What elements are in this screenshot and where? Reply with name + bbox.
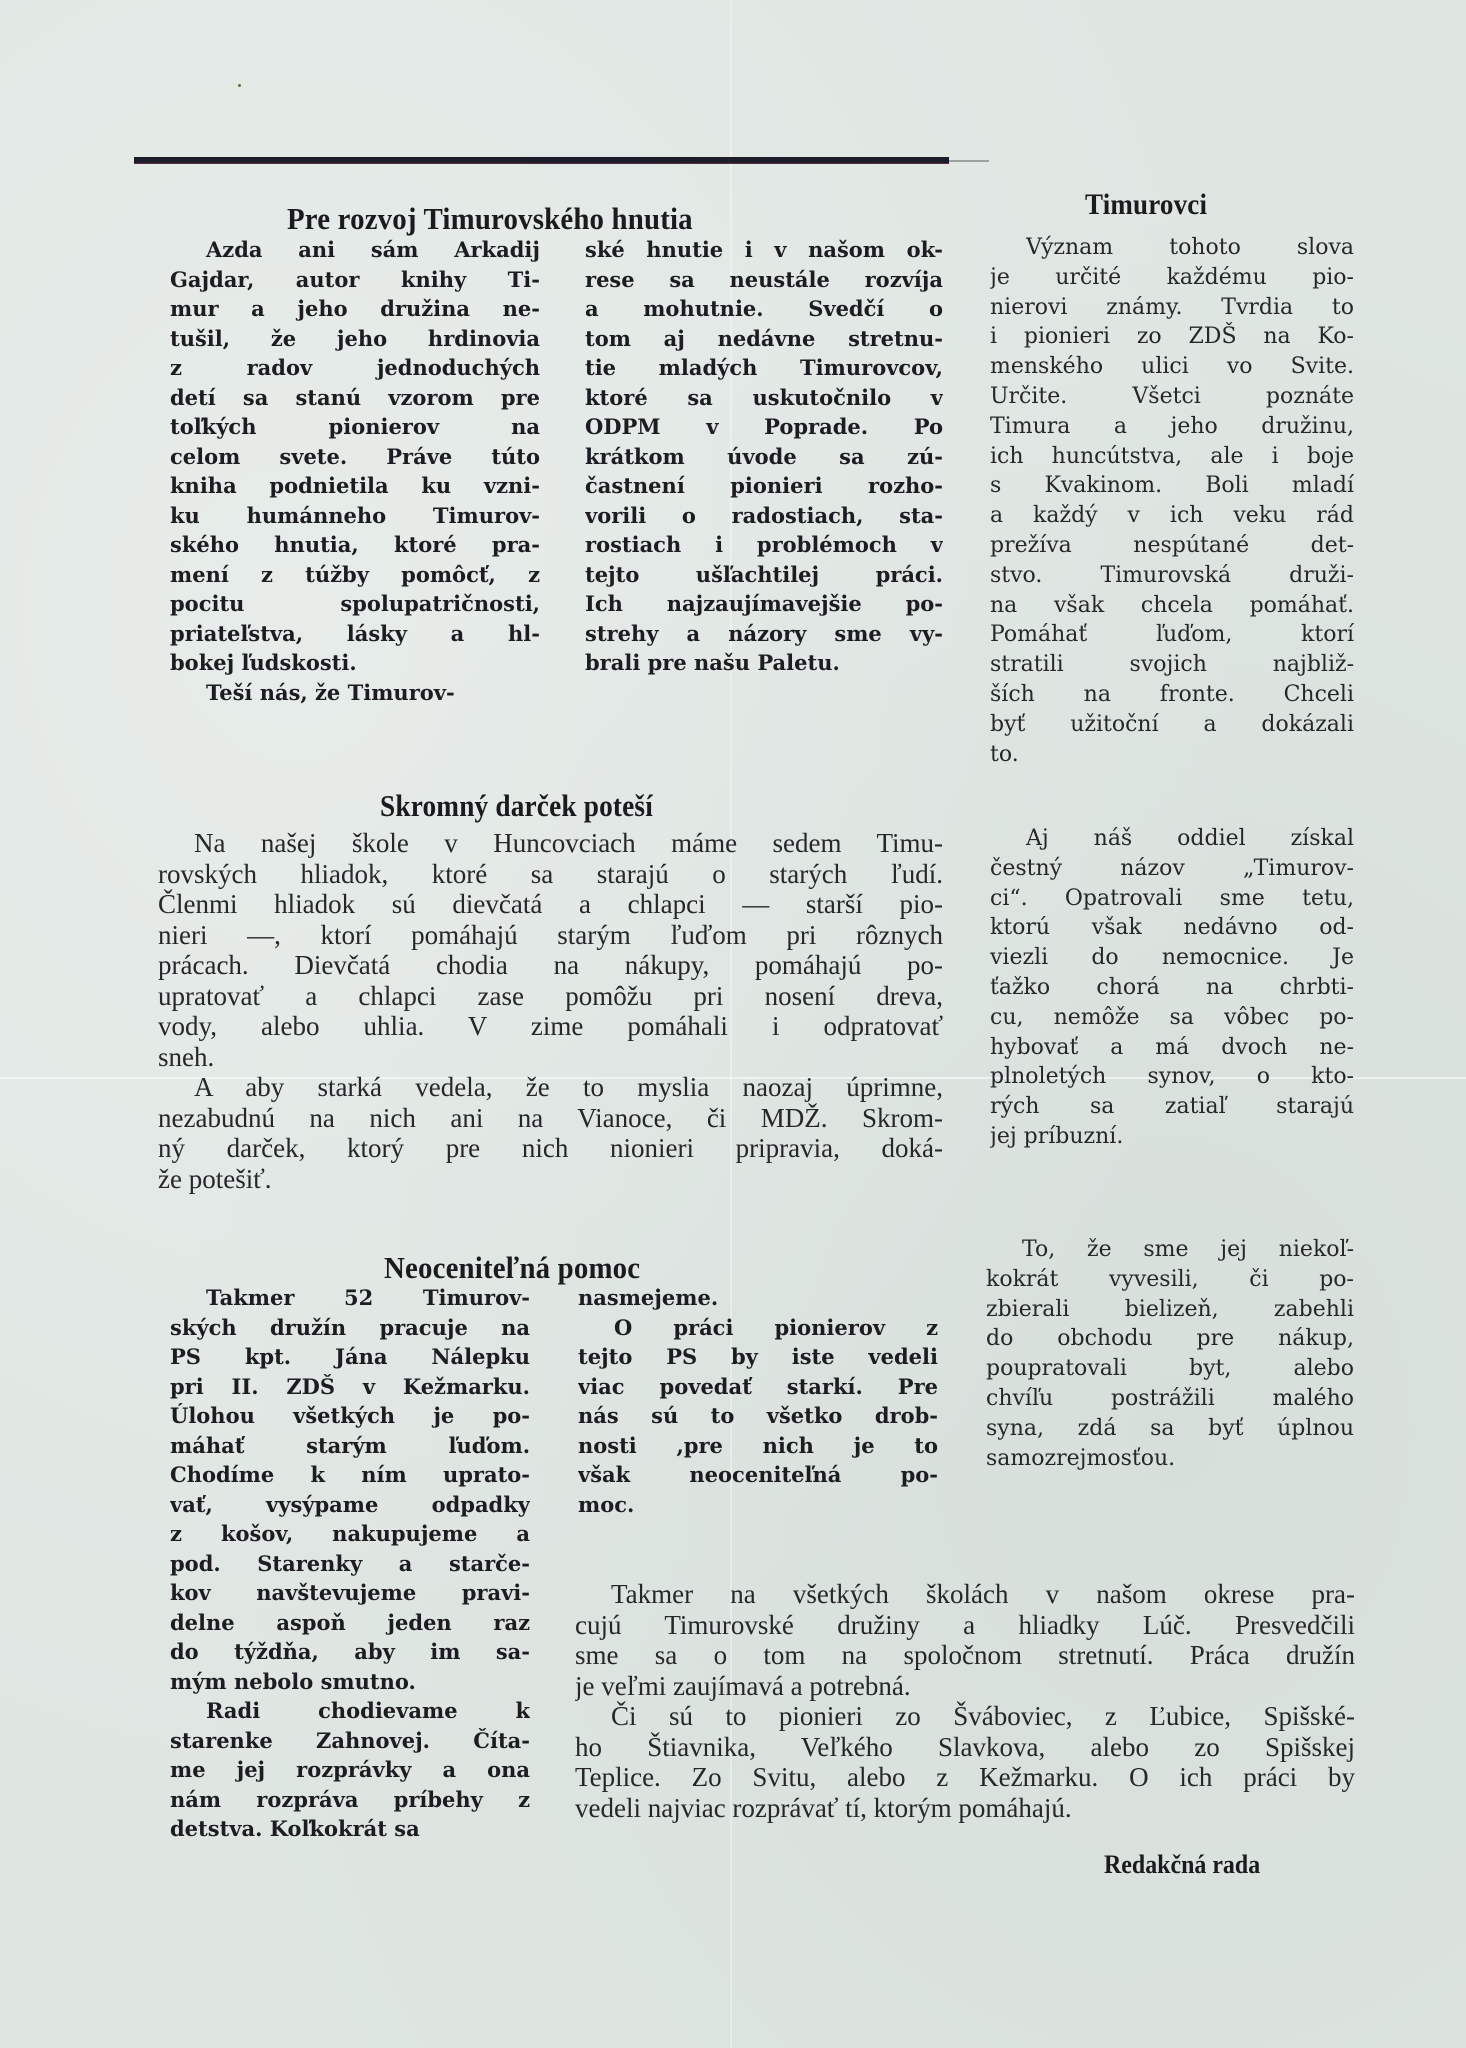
ink-speck (238, 84, 241, 87)
text-line: rých sa zatiaľ starajú (990, 1092, 1354, 1122)
text-line: viezli do nemocnice. Je (990, 943, 1354, 973)
text-line: pod. Starenky a starče- (170, 1549, 530, 1579)
text-line: ich huncútstva, ale i boje (990, 442, 1354, 472)
text-line: poupratovali byt, alebo (986, 1354, 1354, 1384)
text-line: Teší nás, že Timurov- (170, 678, 540, 708)
text-line: upratovať a chlapci zase pomôžu pri nose… (158, 981, 943, 1012)
headline-timurovci: Timurovci (1085, 188, 1207, 222)
text-line: PS kpt. Jána Nálepku (170, 1342, 530, 1372)
text-line: tejto ušľachtilej práci. (585, 560, 943, 590)
text-line: ný darček, ktorý pre nich nionieri pripr… (158, 1133, 943, 1164)
text-line: cujú Timurovské družiny a hliadky Lúč. P… (575, 1610, 1355, 1641)
text-line: tušil, že jeho hrdinovia (170, 324, 540, 354)
article-skromny-darcek-body: Na našej škole v Huncovciach máme sedem … (158, 828, 943, 1194)
text-line: To, že sme jej niekoľ- (986, 1235, 1354, 1265)
text-line: kniha podnietila ku vzni- (170, 471, 540, 501)
text-line: plnoletých synov, o kto- (990, 1062, 1354, 1092)
text-line: tie mladých Timurovcov, (585, 353, 943, 383)
text-line: mení z túžby pomôcť, z (170, 560, 540, 590)
text-line: ktoré sa uskutočnilo v (585, 383, 943, 413)
text-line: nám rozpráva príbehy z (170, 1785, 530, 1815)
top-rule-tail (949, 160, 989, 162)
text-line: nasmejeme. (578, 1283, 938, 1313)
text-line: ské hnutie i v našom ok- (585, 235, 943, 265)
text-line: Azda ani sám Arkadij (170, 235, 540, 265)
text-line: chvíľu postrážili malého (986, 1384, 1354, 1414)
text-line: O práci pionierov z (578, 1313, 938, 1343)
headline-neocenitelna-pomoc: Neoceniteľná pomoc (384, 1250, 640, 1286)
text-line: Pomáhať ľuďom, ktorí (990, 620, 1354, 650)
text-line: ských družín pracuje na (170, 1313, 530, 1343)
text-line: na však chcela pomáhať. (990, 591, 1354, 621)
text-line: nezabudnú na nich ani na Vianoce, či MDŽ… (158, 1103, 943, 1134)
text-line: samozrejmosťou. (986, 1444, 1354, 1474)
text-line: Aj náš oddiel získal (990, 824, 1354, 854)
text-line: syna, zdá sa byť úplnou (986, 1414, 1354, 1444)
text-line: Gajdar, autor knihy Ti- (170, 265, 540, 295)
text-line: me jej rozprávky a ona (170, 1755, 530, 1785)
text-line: to. (990, 740, 1354, 770)
text-line: stvo. Timurovská druži- (990, 561, 1354, 591)
text-line: Ich najzaujímavejšie po- (585, 589, 943, 619)
text-line: A aby starká vedela, že to myslia naozaj… (158, 1072, 943, 1103)
text-line: je určité každému pio- (990, 263, 1354, 293)
text-line: z košov, nakupujeme a (170, 1519, 530, 1549)
article-timurovci-col-1: Význam tohoto slovaje určité každému pio… (990, 233, 1354, 769)
text-line: nás sú to všetko drob- (578, 1401, 938, 1431)
text-line: rovských hliadok, ktoré sa starajú o sta… (158, 859, 943, 890)
text-line: brali pre našu Paletu. (585, 648, 943, 678)
text-line: prežíva nespútané det- (990, 531, 1354, 561)
text-line: detstva. Koľkokrát sa (170, 1814, 530, 1844)
text-line: krátkom úvode sa zú- (585, 442, 943, 472)
article-pre-rozvoj-col-1: Azda ani sám ArkadijGajdar, autor knihy … (170, 235, 540, 707)
text-line: moc. (578, 1490, 938, 1520)
text-line: je veľmi zaujímavá a potrebná. (575, 1671, 1355, 1702)
text-line: nieri —, ktorí pomáhajú starým ľuďom pri… (158, 920, 943, 951)
text-line: menského ulici vo Svite. (990, 352, 1354, 382)
article-neocenitelna-col-1: Takmer 52 Timurov-ských družín pracuje n… (170, 1283, 530, 1844)
text-line: nosti ,pre nich je to (578, 1431, 938, 1461)
text-line: Či sú to pionieri zo Šváboviec, z Ľubice… (575, 1701, 1355, 1732)
text-line: Chodíme k ním uprato- (170, 1460, 530, 1490)
text-line: nierovi známy. Tvrdia to (990, 293, 1354, 323)
text-line: Úlohou všetkých je po- (170, 1401, 530, 1431)
text-line: a mohutnie. Svedčí o (585, 294, 943, 324)
text-line: prácach. Dievčatá chodia na nákupy, pomá… (158, 950, 943, 981)
text-line: zbierali bielizeň, zabehli (986, 1295, 1354, 1325)
text-line: ského hnutia, ktoré pra- (170, 530, 540, 560)
text-line: Určite. Všetci poznáte (990, 382, 1354, 412)
text-line: z radov jednoduchých (170, 353, 540, 383)
signature-redakcna-rada: Redakčná rada (1104, 1850, 1260, 1880)
text-line: ku humánneho Timurov- (170, 501, 540, 531)
text-line: vody, alebo uhlia. V zime pomáhali i odp… (158, 1011, 943, 1042)
text-line: starenke Zahnovej. Číta- (170, 1726, 530, 1756)
text-line: do týždňa, aby im sa- (170, 1637, 530, 1667)
text-line: stratili svojich najbliž- (990, 650, 1354, 680)
text-line: Timura a jeho družinu, (990, 412, 1354, 442)
text-line: ťažko chorá na chrbti- (990, 973, 1354, 1003)
text-line: tejto PS by iste vedeli (578, 1342, 938, 1372)
text-line: pri II. ZDŠ v Kežmarku. (170, 1372, 530, 1402)
text-line: ktorú však nedávno od- (990, 913, 1354, 943)
text-line: ších na fronte. Chceli (990, 680, 1354, 710)
text-line: celom svete. Práve túto (170, 442, 540, 472)
text-line: Význam tohoto slova (990, 233, 1354, 263)
headline-skromny-darcek: Skromný darček poteší (380, 788, 653, 824)
text-line: sme sa o tom na spoločnom stretnutí. Prá… (575, 1640, 1355, 1671)
text-line: mým nebolo smutno. (170, 1667, 530, 1697)
text-line: bokej ľudskosti. (170, 648, 540, 678)
text-line: čestný názov „Timurov- (990, 854, 1354, 884)
text-line: do obchodu pre nákup, (986, 1324, 1354, 1354)
text-line: Radi chodievame k (170, 1696, 530, 1726)
text-line: s Kvakinom. Boli mladí (990, 471, 1354, 501)
text-line: strehy a názory sme vy- (585, 619, 943, 649)
top-rule (134, 157, 949, 164)
text-line: Teplice. Zo Svitu, alebo z Kežmarku. O i… (575, 1762, 1355, 1793)
text-line: i pionieri zo ZDŠ na Ko- (990, 322, 1354, 352)
text-line: vať, vysýpame odpadky (170, 1490, 530, 1520)
text-line: kov navštevujeme pravi- (170, 1578, 530, 1608)
text-line: pocitu spolupatričnosti, (170, 589, 540, 619)
text-line: kokrát vyvesili, či po- (986, 1265, 1354, 1295)
text-line: Takmer na všetkých školách v našom okres… (575, 1579, 1355, 1610)
text-line: detí sa stanú vzorom pre (170, 383, 540, 413)
text-line: viac povedať starkí. Pre (578, 1372, 938, 1402)
text-line: hybovať a má dvoch ne- (990, 1033, 1354, 1063)
text-line: delne aspoň jeden raz (170, 1608, 530, 1638)
article-pre-rozvoj-col-2: ské hnutie i v našom ok-rese sa neustále… (585, 235, 943, 678)
article-neocenitelna-col-2: nasmejeme.O práci pionierov ztejto PS by… (578, 1283, 938, 1519)
text-line: jej príbuzní. (990, 1122, 1354, 1152)
text-line: Takmer 52 Timurov- (170, 1283, 530, 1313)
text-line: ODPM v Poprade. Po (585, 412, 943, 442)
text-line: ho Štiavnika, Veľkého Slavkova, alebo zo… (575, 1732, 1355, 1763)
text-line: toľkých pionierov na (170, 412, 540, 442)
text-line: že potešiť. (158, 1164, 943, 1195)
text-line: vorili o radostiach, sta- (585, 501, 943, 531)
text-line: Na našej škole v Huncovciach máme sedem … (158, 828, 943, 859)
article-timurovci-col-2: Aj náš oddiel získalčestný názov „Timuro… (990, 824, 1354, 1152)
text-line: byť užitoční a dokázali (990, 710, 1354, 740)
headline-pre-rozvoj: Pre rozvoj Timurovského hnutia (287, 201, 693, 237)
text-line: rese sa neustále rozvíja (585, 265, 943, 295)
text-line: Členmi hliadok sú dievčatá a chlapci — s… (158, 889, 943, 920)
text-line: vedeli najviac rozprávať tí, ktorým pomá… (575, 1793, 1355, 1824)
article-timurovci-col-3: To, že sme jej niekoľ-kokrát vyvesili, č… (986, 1235, 1354, 1473)
text-line: a každý v ich veku rád (990, 501, 1354, 531)
text-line: cu, nemôže sa vôbec po- (990, 1003, 1354, 1033)
text-line: mur a jeho družina ne- (170, 294, 540, 324)
text-line: častnení pionieri rozho- (585, 471, 943, 501)
text-line: však neoceniteľná po- (578, 1460, 938, 1490)
text-line: tom aj nedávne stretnu- (585, 324, 943, 354)
text-line: sneh. (158, 1042, 943, 1073)
text-line: máhať starým ľuďom. (170, 1431, 530, 1461)
text-line: rostiach i problémoch v (585, 530, 943, 560)
article-redakcna-rada-body: Takmer na všetkých školách v našom okres… (575, 1579, 1355, 1823)
text-line: ci“. Opatrovali sme tetu, (990, 884, 1354, 914)
text-line: priateľstva, lásky a hl- (170, 619, 540, 649)
